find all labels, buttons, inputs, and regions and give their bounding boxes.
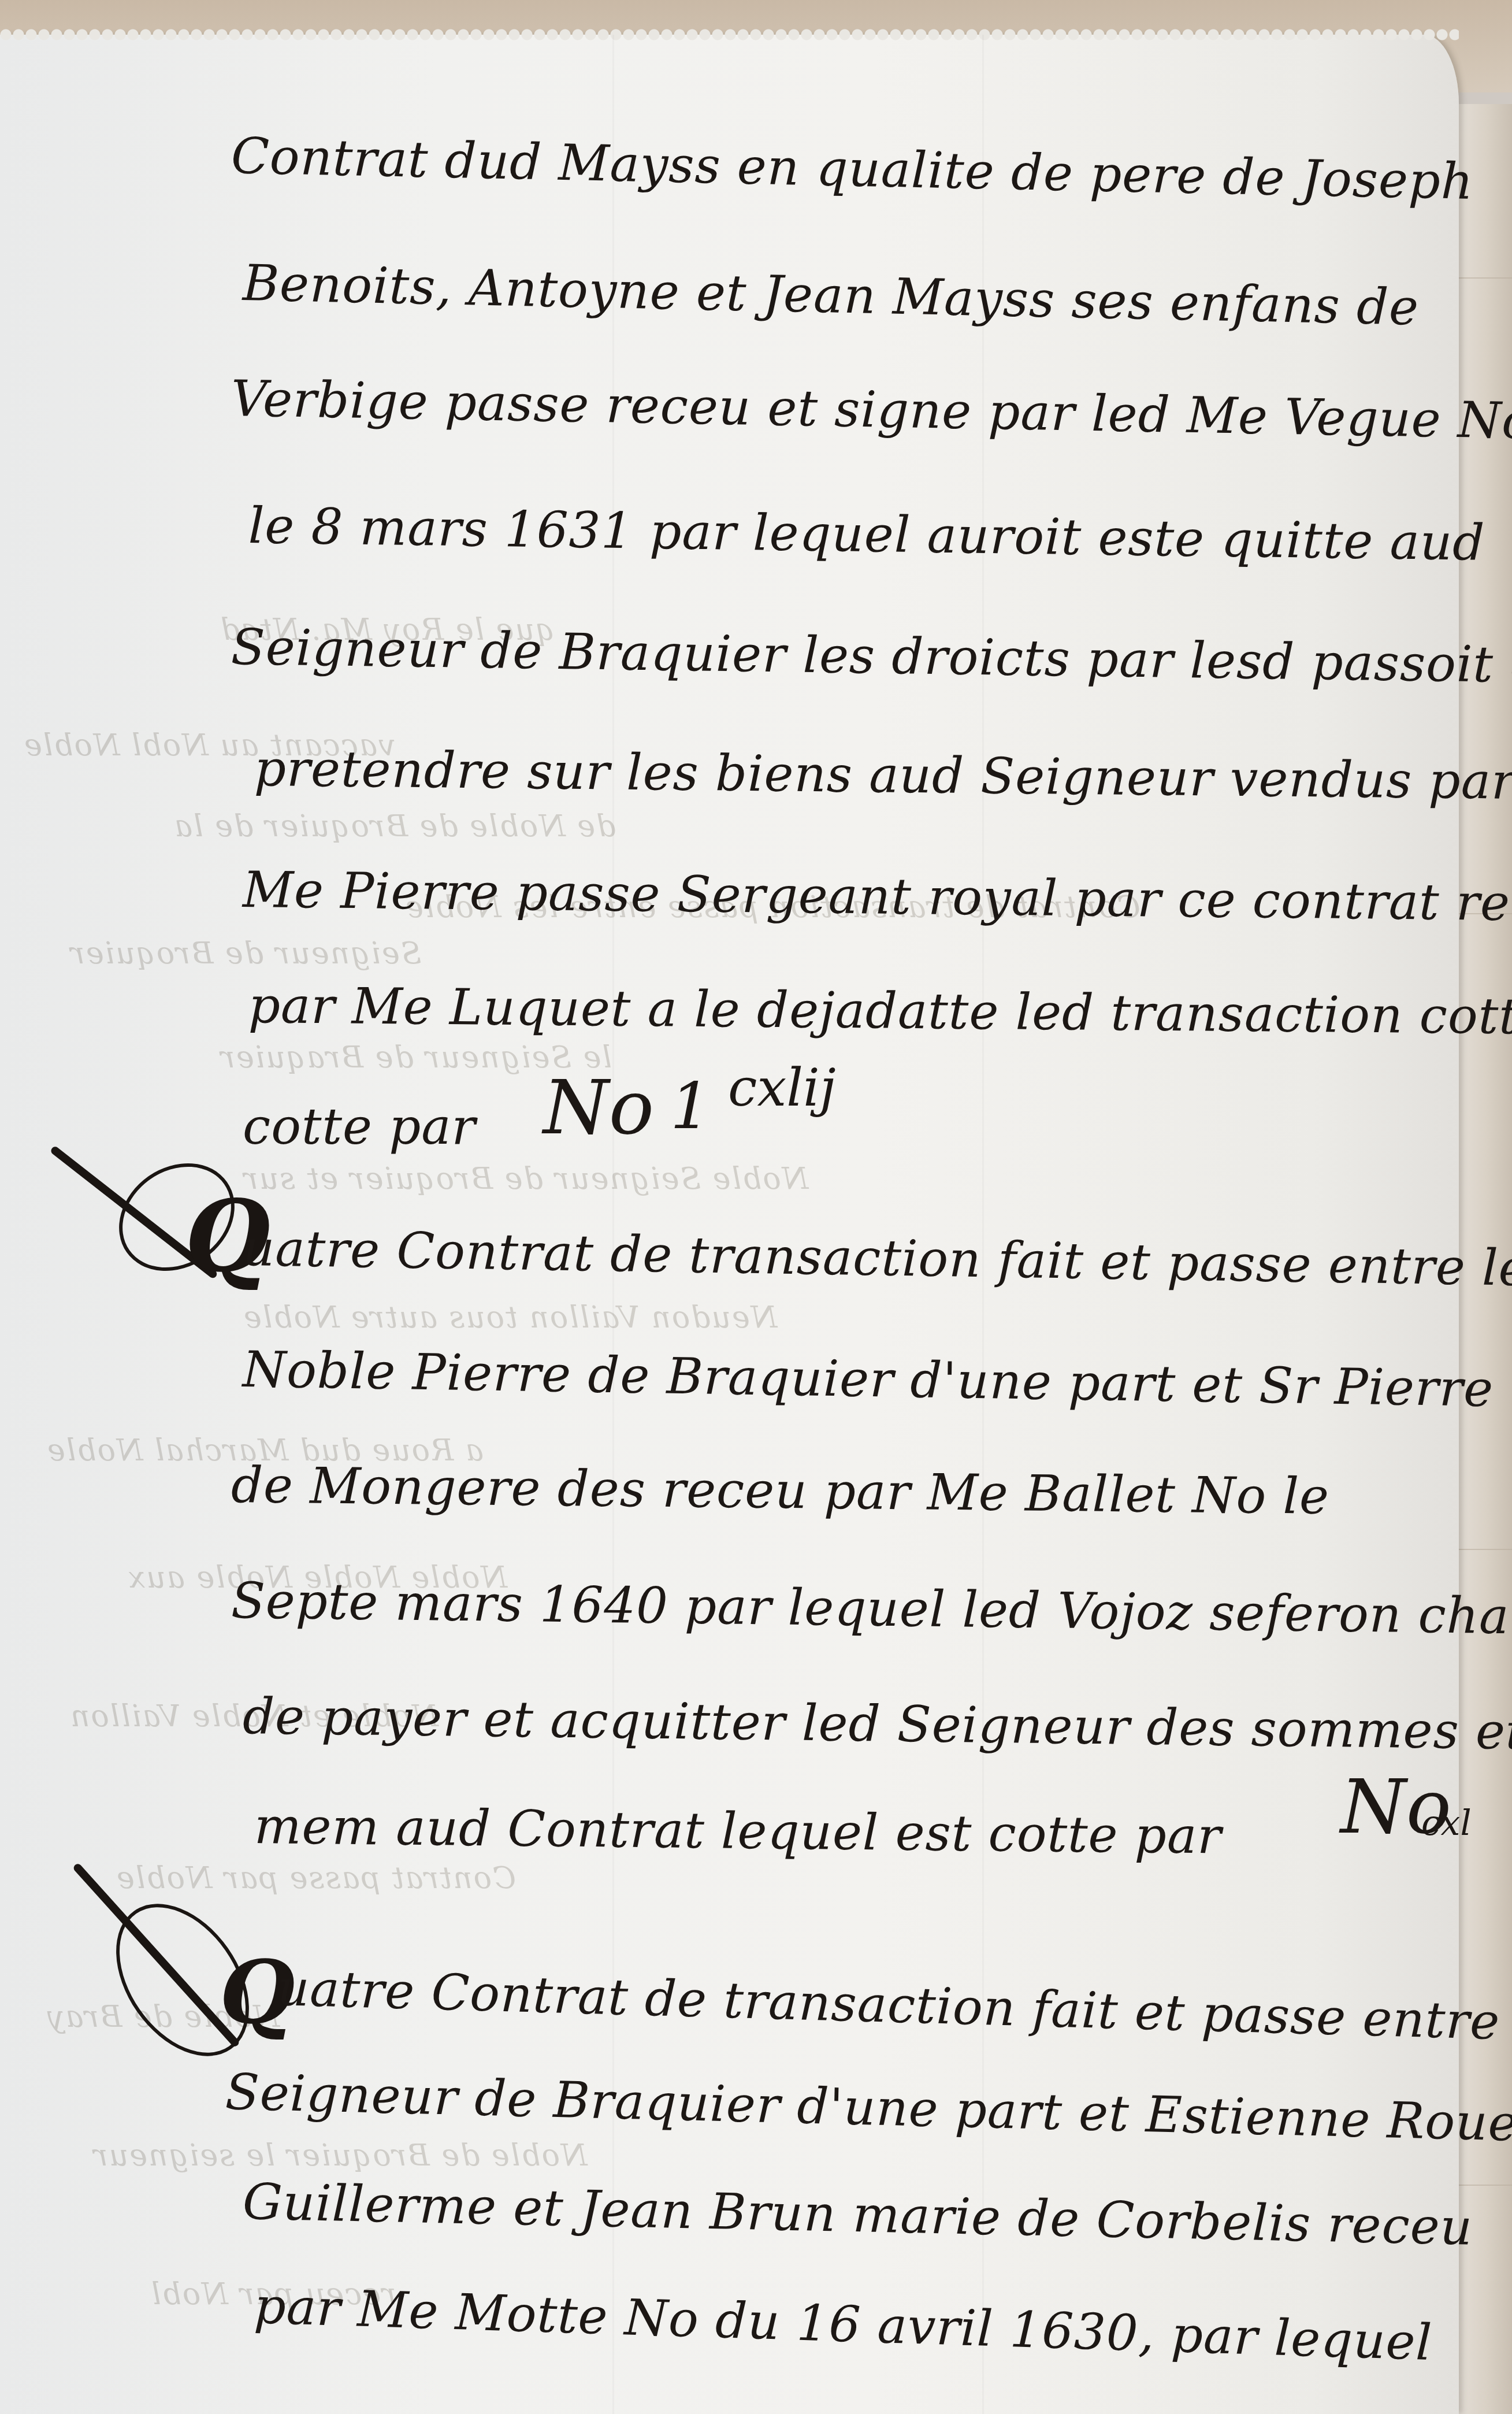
bleed-through-text: Contrat passe par Noble — [116, 1861, 516, 1896]
manuscript-line: pretendre sur les biens aud Seigneur ven… — [254, 740, 1512, 811]
bleed-through-text: Noble Seigneur de Broquier et sur — [243, 1162, 808, 1196]
manuscript-line: le 8 mars 1631 par lequel auroit este qu… — [248, 497, 1485, 572]
manuscript-line: Benoits, Antoyne et Jean Mayss ses enfan… — [242, 254, 1420, 337]
reference-roman-numeral: cxlij — [728, 1058, 836, 1118]
manuscript-line: Contrat dud Mayss en qualite de pere de … — [231, 127, 1474, 211]
manuscript-line: de Mongere des receu par Me Ballet No le — [231, 1456, 1329, 1526]
manuscript-line: uatre Contrat de transaction fait et pas… — [277, 1959, 1512, 2054]
reference-roman-numeral: cxl — [1421, 1803, 1472, 1844]
manuscript-line: mem aud Contrat lequel est cotte par — [254, 1797, 1221, 1866]
manuscript-line: Seigneur de Braquier les droicts par les… — [231, 618, 1512, 695]
manuscript-line: Guillerme et Jean Brun marie de Corbelis… — [242, 2173, 1473, 2257]
manuscript-line: de payer et acquitter led Seigneur des s… — [242, 1688, 1512, 1761]
manuscript-line: Noble Pierre de Braquier d'une part et S… — [242, 1341, 1512, 1421]
bleed-through-text: Seigneur de Broquier — [69, 936, 421, 971]
manuscript-line: cotte par — [243, 1098, 476, 1156]
manuscript-line: Verbige passe receu et signe par led Me … — [231, 370, 1512, 450]
bleed-through-text: de Noble de Broquier de la — [173, 809, 615, 844]
manuscript-line: uatre Contrat de transaction fait et pas… — [242, 1219, 1512, 1299]
reference-number-value: 1 — [670, 1069, 711, 1143]
manuscript-page: que le Roy Ma. Ntad vaccant au Nobl Nobl… — [0, 35, 1459, 2414]
bleed-through-text: Noble de Broquier le seigneur — [92, 2138, 587, 2173]
manuscript-line: par Me Motte No du 16 avril 1630, par le… — [253, 2277, 1433, 2372]
bleed-through-text: Neudon Vaillon tous autre Noble — [243, 1300, 777, 1335]
manuscript-line: Septe mars 1640 par lequel led Vojoz sef… — [231, 1572, 1512, 1647]
reference-label: No — [543, 1063, 654, 1151]
manuscript-line: par Me Luquet a le dejadatte led transac… — [248, 977, 1512, 1046]
